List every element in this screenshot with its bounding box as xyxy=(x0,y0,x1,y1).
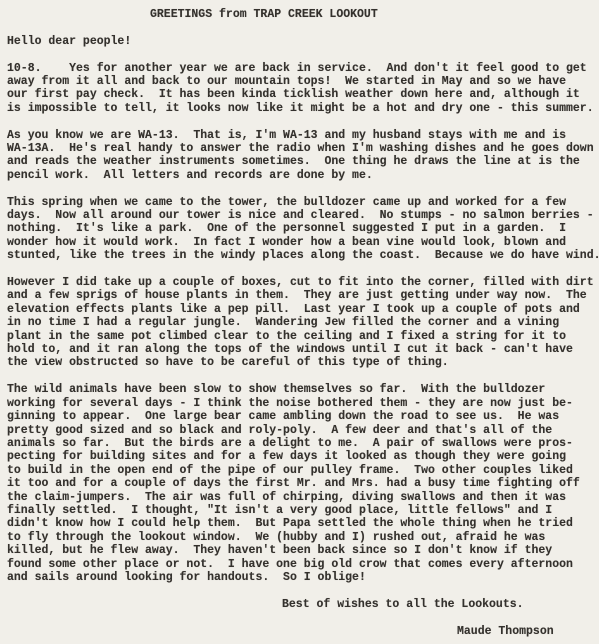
letter-paragraph-1: 10-8. Yes for another year we are back i… xyxy=(7,62,599,116)
letter-paragraph-2: As you know we are WA-13. That is, I'm W… xyxy=(7,129,599,183)
letter-title: GREETINGS from TRAP CREEK LOOKOUT xyxy=(150,8,599,21)
letter-greeting: Hello dear people! xyxy=(7,35,599,48)
letter-closing: Best of wishes to all the Lookouts. xyxy=(282,598,599,611)
letter-signature: Maude Thompson xyxy=(457,625,599,638)
letter-page: GREETINGS from TRAP CREEK LOOKOUT Hello … xyxy=(0,0,599,644)
letter-paragraph-4: However I did take up a couple of boxes,… xyxy=(7,276,599,370)
letter-paragraph-3: This spring when we came to the tower, t… xyxy=(7,196,599,263)
letter-paragraph-5: The wild animals have been slow to show … xyxy=(7,383,599,584)
